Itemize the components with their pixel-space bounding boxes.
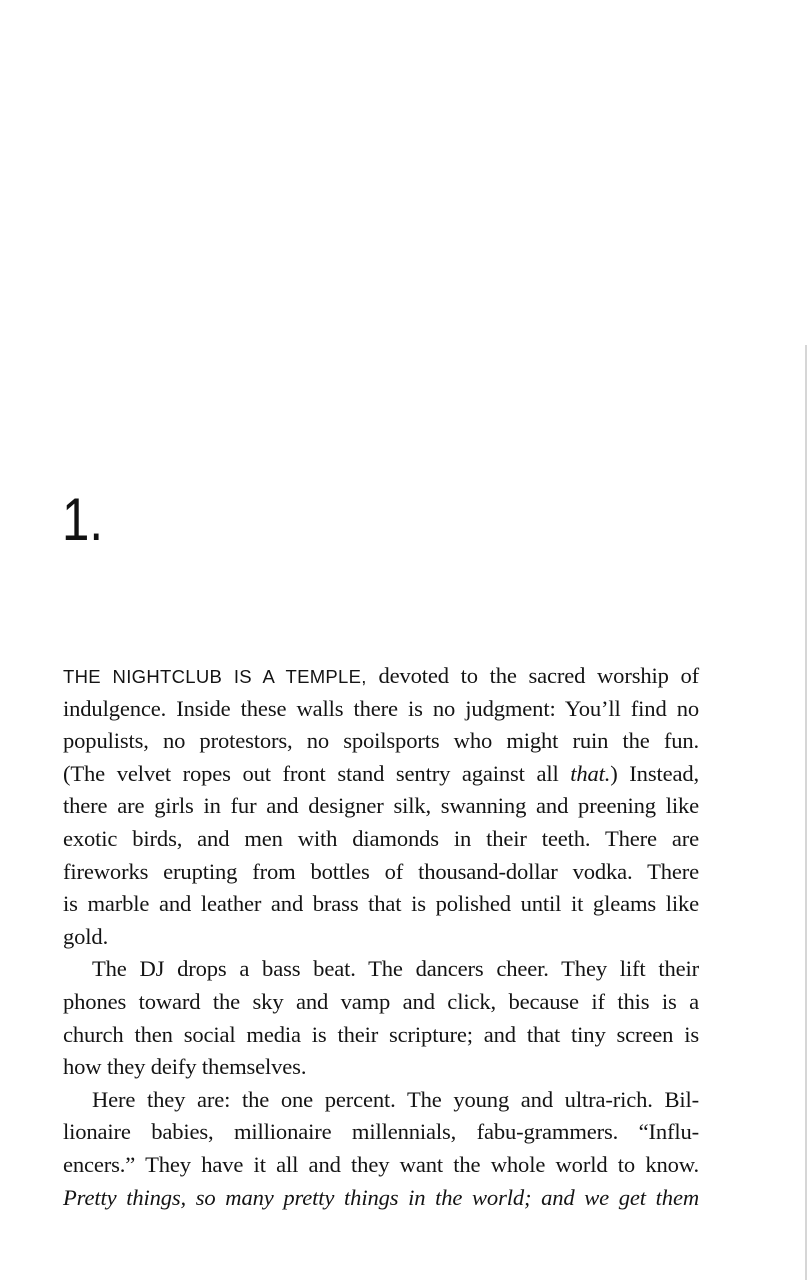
text-line: there are girls in fur and designer silk… xyxy=(63,790,699,823)
text-line: lionaire babies, millionaire millennials… xyxy=(63,1116,699,1149)
text-line: how they deify themselves. xyxy=(63,1051,699,1084)
text-line: The DJ drops a bass beat. The dancers ch… xyxy=(63,953,699,986)
text-line: church then social media is their script… xyxy=(63,1019,699,1052)
text-line: fireworks erupting from bottles of thous… xyxy=(63,856,699,889)
text-line: THE NIGHTCLUB IS A TEMPLE, devoted to th… xyxy=(63,660,699,693)
text-line: gold. xyxy=(63,921,699,954)
italic-line: Pretty things, so many pretty things in … xyxy=(63,1185,699,1210)
text-line: (The velvet ropes out front stand sentry… xyxy=(63,758,699,791)
text-line: encers.” They have it all and they want … xyxy=(63,1149,699,1182)
text-line: populists, no protestors, no spoilsports… xyxy=(63,725,699,758)
text-line: exotic birds, and men with diamonds in t… xyxy=(63,823,699,856)
lead-in-smallcaps: THE NIGHTCLUB IS A TEMPLE, xyxy=(63,666,367,687)
italic-emphasis: that. xyxy=(570,761,610,786)
text-line: Pretty things, so many pretty things in … xyxy=(63,1182,699,1215)
body-text: THE NIGHTCLUB IS A TEMPLE, devoted to th… xyxy=(63,660,699,1214)
text-line: Here they are: the one percent. The youn… xyxy=(63,1084,699,1117)
text-line: indulgence. Inside these walls there is … xyxy=(63,693,699,726)
text-line: phones toward the sky and vamp and click… xyxy=(63,986,699,1019)
chapter-number: 1. xyxy=(62,490,103,550)
text-line: is marble and leather and brass that is … xyxy=(63,888,699,921)
